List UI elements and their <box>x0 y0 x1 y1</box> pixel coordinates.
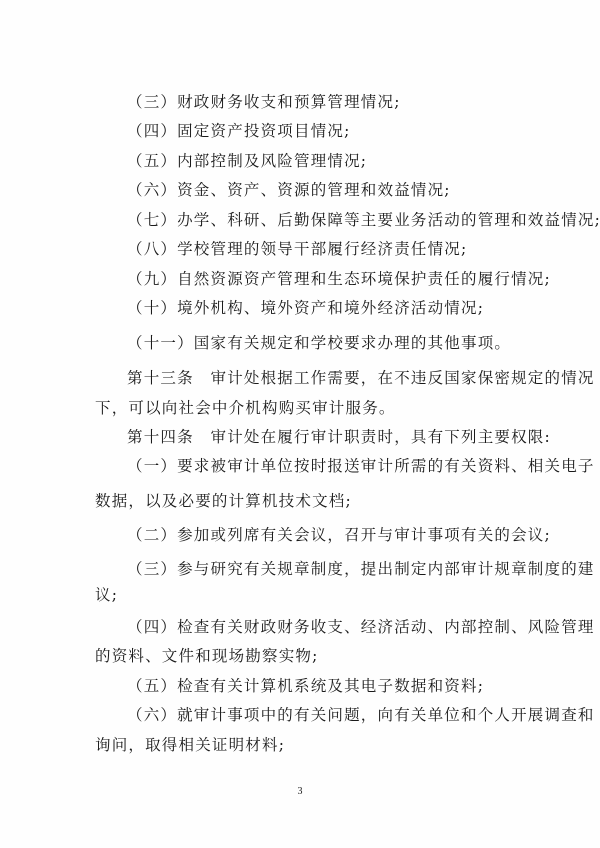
text-line: （十）境外机构、境外资产和境外经济活动情况; <box>127 298 484 318</box>
text-line: （五）内部控制及风险管理情况; <box>127 151 367 171</box>
document-page: （三）财政财务收支和预算管理情况; （四）固定资产投资项目情况; （五）内部控制… <box>0 0 600 848</box>
text-line: （八）学校管理的领导干部履行经济责任情况; <box>127 239 467 259</box>
text-line: 议; <box>95 585 118 605</box>
article-13-line: 第十三条 审计处根据工作需要，在不违反国家保密规定的情况 <box>127 368 595 388</box>
text-line: （四）固定资产投资项目情况; <box>127 121 351 141</box>
text-line: （九）自然资源资产管理和生态环境保护责任的履行情况; <box>127 269 551 289</box>
text-line: （十一）国家有关规定和学校要求办理的其他事项。 <box>127 333 511 353</box>
text-line: （六）就审计事项中的有关问题，向有关单位和个人开展调查和 <box>127 705 595 725</box>
text-line: （三）财政财务收支和预算管理情况; <box>127 92 401 112</box>
text-line: （二）参加或列席有关会议，召开与审计事项有关的会议; <box>127 525 551 545</box>
text-line: （七）办学、科研、后勤保障等主要业务活动的管理和效益情况; <box>127 210 600 230</box>
text-line: （四）检查有关财政财务收支、经济活动、内部控制、风险管理 <box>127 617 595 637</box>
article-14-line: 第十四条 审计处在履行审计职责时，具有下列主要权限: <box>127 427 551 447</box>
text-line: 询问，取得相关证明材料; <box>95 735 285 755</box>
text-line: （一）要求被审计单位按时报送审计所需的有关资料、相关电子 <box>127 456 595 476</box>
text-line: 数据，以及必要的计算机技术文档; <box>95 491 352 511</box>
text-line: （五）检查有关计算机系统及其电子数据和资料; <box>127 676 484 696</box>
page-number: 3 <box>0 786 600 797</box>
text-line: （三）参与研究有关规章制度，提出制定内部审计规章制度的建 <box>127 559 595 579</box>
text-line: 下，可以向社会中介机构购买审计服务。 <box>95 398 396 418</box>
text-line: （六）资金、资产、资源的管理和效益情况; <box>127 180 451 200</box>
text-line: 的资料、文件和现场勘察实物; <box>95 646 319 666</box>
